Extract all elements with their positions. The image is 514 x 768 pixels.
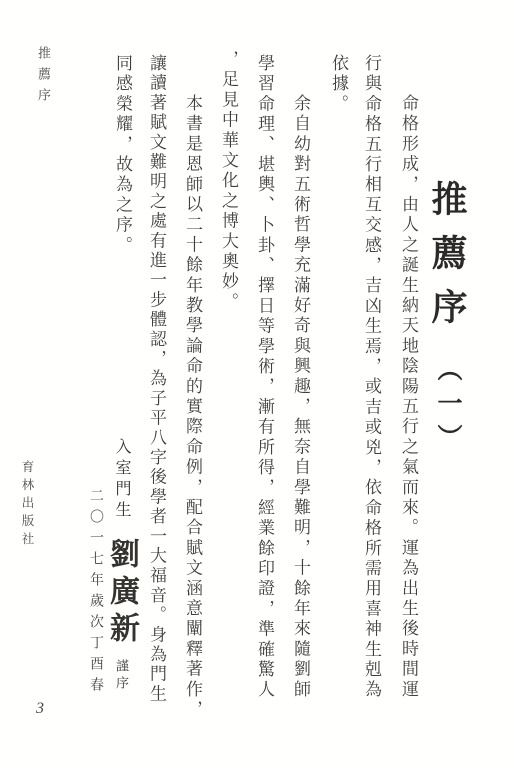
body-column-6: ，足見中華文化之博大奧妙。 xyxy=(216,50,240,313)
body-column-4: 余自幼對五術哲學充滿好奇與興趣，無奈自學難明，十餘年來隨劉師 xyxy=(288,94,312,700)
book-page: 推薦序（一） 命格形成，由人之誕生納天地陰陽五行之氣而來。運為出生後時間運 行與… xyxy=(0,0,514,768)
signature-prefix: 入室門生 xyxy=(113,438,130,522)
page-title: 推薦序（一） xyxy=(424,180,470,458)
title-text: 推薦序 xyxy=(427,180,467,342)
publisher-name: 育林出版社 xyxy=(17,460,36,550)
title-number: （一） xyxy=(434,356,461,458)
signature-suffix: 謹序 xyxy=(114,659,129,693)
body-column-7: 本書是恩師以二十餘年教學論命的實際命例，配合賦文涵意闡釋著作， xyxy=(180,94,204,720)
body-column-8: 讓讀著賦文難明之處有進一步體認，為子平八字後學者一大福音。身為門生 xyxy=(144,54,168,704)
body-column-5: 學習命理、堪輿、卜卦、擇日等學術，漸有所得，經業餘印證，準確驚人 xyxy=(252,54,276,700)
signature-date: 二〇一七年歲次丁酉春 xyxy=(84,488,106,698)
body-column-9: 同感榮耀，故為之序。 xyxy=(110,54,134,256)
running-head: 推薦序 xyxy=(33,46,53,109)
page-number: 3 xyxy=(36,700,44,718)
signature-block: 入室門生劉廣新謹序 xyxy=(100,438,142,693)
body-column-1: 命格形成，由人之誕生納天地陰陽五行之氣而來。運為出生後時間運 xyxy=(396,94,420,700)
signature-name: 劉廣新 xyxy=(105,538,138,649)
body-column-3: 依據。 xyxy=(326,54,350,115)
body-column-2: 行與命格五行相互交感，吉凶生焉，或吉或兇，依命格所需用喜神生剋為 xyxy=(359,54,383,700)
